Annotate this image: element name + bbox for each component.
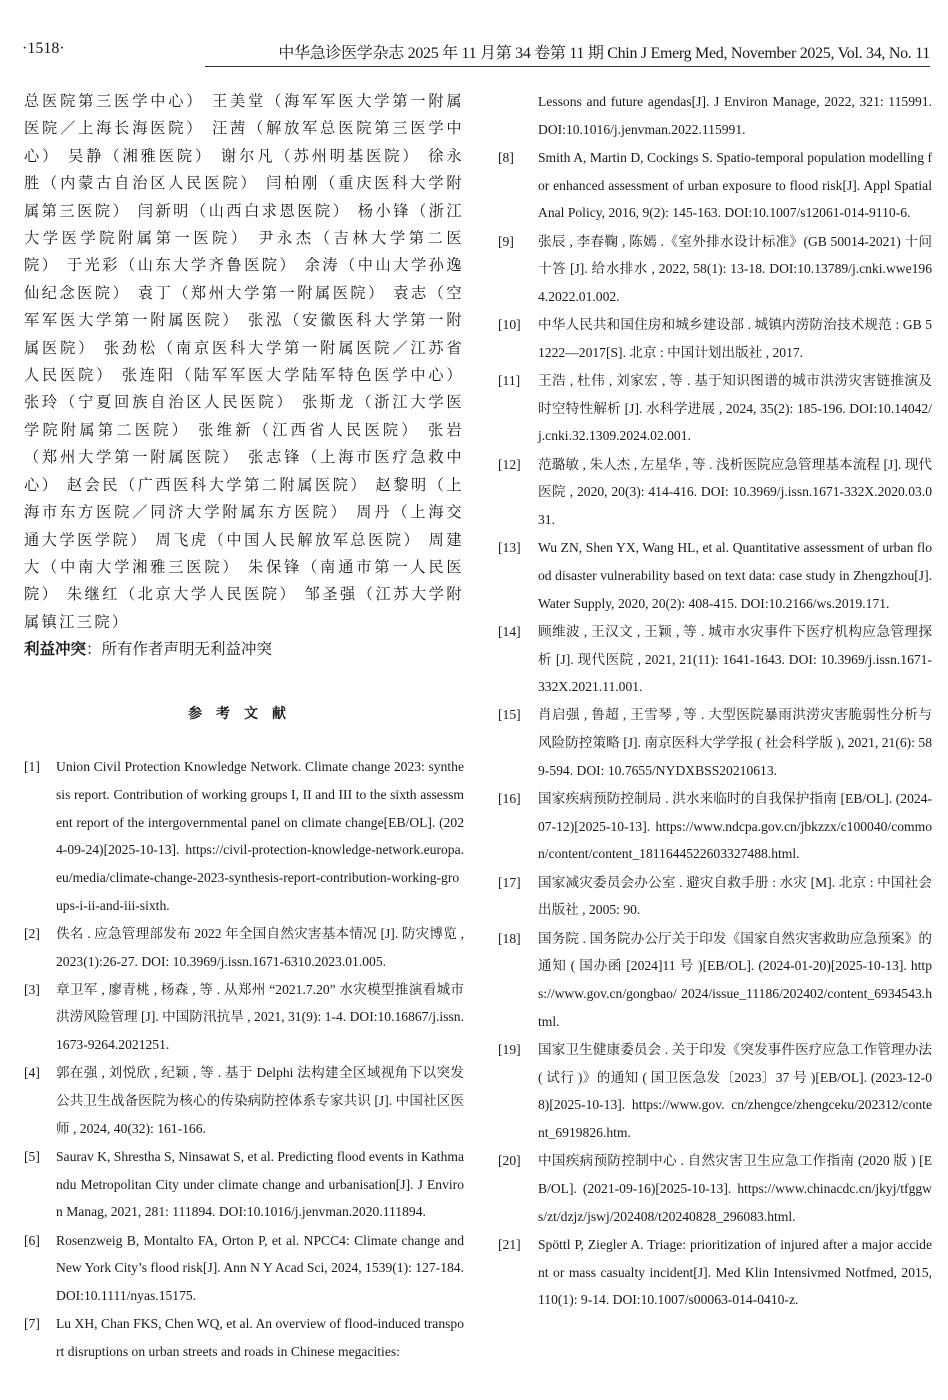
right-column: Lessons and future agendas[J]. J Environ… xyxy=(498,88,932,1314)
reference-text: 国家疾病预防控制局 . 洪水来临时的自我保护指南 [EB/OL]. (2024-… xyxy=(538,785,932,868)
reference-text: 佚名 . 应急管理部发布 2022 年全国自然灾害基本情况 [J]. 防灾博览 … xyxy=(56,920,464,975)
reference-number: [18] xyxy=(498,925,538,1036)
reference-text: 王浩 , 杜伟 , 刘家宏 , 等 . 基于知识图谱的城市洪涝灾害链推演及时空特… xyxy=(538,367,932,450)
reference-item: [3]章卫军 , 廖青桃 , 杨森 , 等 . 从郑州 “2021.7.20” … xyxy=(24,976,464,1059)
reference-item: [9]张辰 , 李春鞠 , 陈嫣 .《室外排水设计标准》(GB 50014-20… xyxy=(498,228,932,311)
reference-number: [20] xyxy=(498,1147,538,1230)
page-number: ·1518· xyxy=(22,40,65,58)
reference-number: [3] xyxy=(24,976,56,1059)
reference-number: [2] xyxy=(24,920,56,975)
reference-text: 肖启强 , 鲁超 , 王雪琴 , 等 . 大型医院暴雨洪涝灾害脆弱性分析与风险防… xyxy=(538,701,932,784)
journal-running-title: 中华急诊医学杂志 2025 年 11 月第 34 卷第 11 期 Chin J … xyxy=(205,40,930,67)
reference-text: 顾维波 , 王汉文 , 王颖 , 等 . 城市水灾事件下医疗机构应急管理探析 [… xyxy=(538,618,932,701)
reference-number: [12] xyxy=(498,451,538,534)
reference-text: 中华人民共和国住房和城乡建设部 . 城镇内涝防治技术规范 : GB 51222—… xyxy=(538,311,932,366)
reference-number: [7] xyxy=(24,1310,56,1365)
reference-number: [10] xyxy=(498,311,538,366)
reference-text: Spöttl P, Ziegler A. Triage: prioritizat… xyxy=(538,1231,932,1314)
reference-number: [17] xyxy=(498,869,538,924)
references-heading: 参考文献 xyxy=(24,703,464,723)
reference-number xyxy=(498,88,538,143)
conflict-statement: ：所有作者声明无利益冲突 xyxy=(86,641,272,658)
reference-item: [20]中国疾病预防控制中心 . 自然灾害卫生应急工作指南 (2020 版 ) … xyxy=(498,1147,932,1230)
reference-item: [21]Spöttl P, Ziegler A. Triage: priorit… xyxy=(498,1231,932,1314)
reference-number: [15] xyxy=(498,701,538,784)
reference-text: 郭在强 , 刘悦欣 , 纪颖 , 等 . 基于 Delphi 法构建全区域视角下… xyxy=(56,1059,464,1142)
conflict-label: 利益冲突 xyxy=(24,640,86,658)
reference-number: [4] xyxy=(24,1059,56,1142)
reference-item: [6]Rosenzweig B, Montalto FA, Orton P, e… xyxy=(24,1227,464,1310)
reference-item: [8]Smith A, Martin D, Cockings S. Spatio… xyxy=(498,144,932,227)
reference-number: [6] xyxy=(24,1227,56,1310)
reference-item: [14]顾维波 , 王汉文 , 王颖 , 等 . 城市水灾事件下医疗机构应急管理… xyxy=(498,618,932,701)
reference-text: 章卫军 , 廖青桃 , 杨森 , 等 . 从郑州 “2021.7.20” 水灾模… xyxy=(56,976,464,1059)
reference-item-continued: Lessons and future agendas[J]. J Environ… xyxy=(498,88,932,143)
reference-text: Lu XH, Chan FKS, Chen WQ, et al. An over… xyxy=(56,1310,464,1365)
page-header: ·1518· 中华急诊医学杂志 2025 年 11 月第 34 卷第 11 期 … xyxy=(0,38,948,68)
reference-item: [19]国家卫生健康委员会 . 关于印发《突发事件医疗应急工作管理办法 ( 试行… xyxy=(498,1036,932,1147)
contributors-list: 总医院第三医学中心） 王美堂（海军军医大学第一附属医院／上海长海医院） 汪茜（解… xyxy=(24,88,464,636)
reference-text: 范璐敏 , 朱人杰 , 左星华 , 等 . 浅析医院应急管理基本流程 [J]. … xyxy=(538,451,932,534)
reference-item: [10]中华人民共和国住房和城乡建设部 . 城镇内涝防治技术规范 : GB 51… xyxy=(498,311,932,366)
reference-number: [21] xyxy=(498,1231,538,1314)
reference-item: [2]佚名 . 应急管理部发布 2022 年全国自然灾害基本情况 [J]. 防灾… xyxy=(24,920,464,975)
reference-text: 国家减灾委员会办公室 . 避灾自救手册 : 水灾 [M]. 北京 : 中国社会出… xyxy=(538,869,932,924)
reference-text: 张辰 , 李春鞠 , 陈嫣 .《室外排水设计标准》(GB 50014-2021)… xyxy=(538,228,932,311)
reference-number: [8] xyxy=(498,144,538,227)
reference-number: [14] xyxy=(498,618,538,701)
reference-number: [1] xyxy=(24,753,56,919)
reference-item: [11]王浩 , 杜伟 , 刘家宏 , 等 . 基于知识图谱的城市洪涝灾害链推演… xyxy=(498,367,932,450)
reference-item: [15]肖启强 , 鲁超 , 王雪琴 , 等 . 大型医院暴雨洪涝灾害脆弱性分析… xyxy=(498,701,932,784)
reference-text: 国务院 . 国务院办公厅关于印发《国家自然灾害救助应急预案》的通知 ( 国办函 … xyxy=(538,925,932,1036)
reference-item: [12]范璐敏 , 朱人杰 , 左星华 , 等 . 浅析医院应急管理基本流程 [… xyxy=(498,451,932,534)
reference-number: [11] xyxy=(498,367,538,450)
reference-item: [17]国家减灾委员会办公室 . 避灾自救手册 : 水灾 [M]. 北京 : 中… xyxy=(498,869,932,924)
reference-item: [7]Lu XH, Chan FKS, Chen WQ, et al. An o… xyxy=(24,1310,464,1365)
reference-number: [16] xyxy=(498,785,538,868)
reference-number: [13] xyxy=(498,534,538,617)
reference-item: [1]Union Civil Protection Knowledge Netw… xyxy=(24,753,464,919)
reference-text: Rosenzweig B, Montalto FA, Orton P, et a… xyxy=(56,1227,464,1310)
reference-number: [9] xyxy=(498,228,538,311)
reference-text: 国家卫生健康委员会 . 关于印发《突发事件医疗应急工作管理办法 ( 试行 )》的… xyxy=(538,1036,932,1147)
reference-item: [4]郭在强 , 刘悦欣 , 纪颖 , 等 . 基于 Delphi 法构建全区域… xyxy=(24,1059,464,1142)
reference-text: 中国疾病预防控制中心 . 自然灾害卫生应急工作指南 (2020 版 ) [EB/… xyxy=(538,1147,932,1230)
conflict-of-interest: 利益冲突：所有作者声明无利益冲突 xyxy=(24,636,464,663)
reference-item: [18]国务院 . 国务院办公厅关于印发《国家自然灾害救助应急预案》的通知 ( … xyxy=(498,925,932,1036)
reference-text: Union Civil Protection Knowledge Network… xyxy=(56,753,464,919)
reference-text: Smith A, Martin D, Cockings S. Spatio-te… xyxy=(538,144,932,227)
reference-item: [16]国家疾病预防控制局 . 洪水来临时的自我保护指南 [EB/OL]. (2… xyxy=(498,785,932,868)
reference-text: Wu ZN, Shen YX, Wang HL, et al. Quantita… xyxy=(538,534,932,617)
reference-number: [19] xyxy=(498,1036,538,1147)
reference-text: Saurav K, Shrestha S, Ninsawat S, et al.… xyxy=(56,1143,464,1226)
reference-item: [13]Wu ZN, Shen YX, Wang HL, et al. Quan… xyxy=(498,534,932,617)
reference-text: Lessons and future agendas[J]. J Environ… xyxy=(538,88,932,143)
left-column: 总医院第三医学中心） 王美堂（海军军医大学第一附属医院／上海长海医院） 汪茜（解… xyxy=(24,88,464,1366)
reference-item: [5]Saurav K, Shrestha S, Ninsawat S, et … xyxy=(24,1143,464,1226)
reference-number: [5] xyxy=(24,1143,56,1226)
